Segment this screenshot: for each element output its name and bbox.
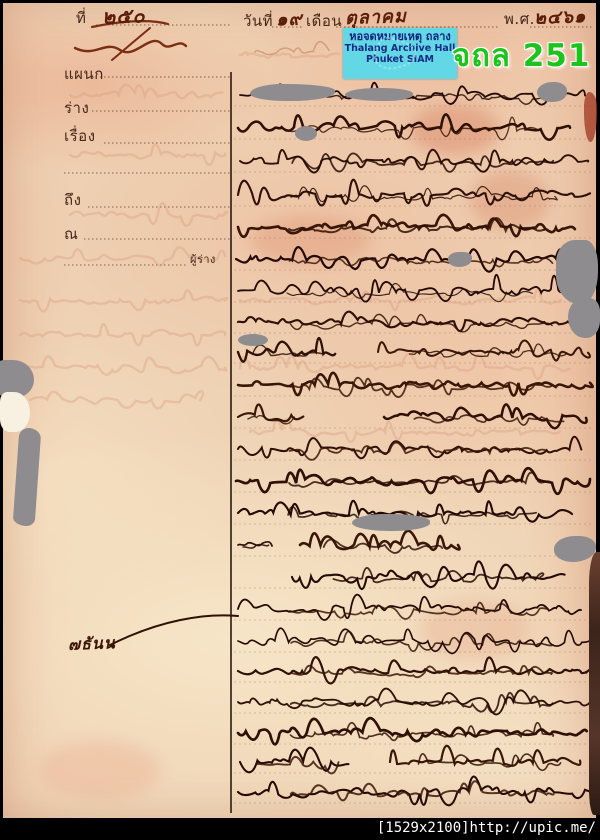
form-drafter-label: ผู้ร่าง [190,250,216,268]
form-at-label: ณ [64,222,78,246]
margin-note-handwritten: ๗ธันน [68,631,117,658]
no-label: ที่ [76,6,86,30]
form-section-label: แผนก [64,62,104,86]
torn-paper-edge [589,552,600,815]
era-value-handwritten: ๒๔๖๑ [534,1,587,32]
no-value-handwritten: ๒๕๐ [101,0,146,33]
scanned-document-frame: ที่ ๒๕๐ วันที่ ๑๙ เดือน ตุลาคม พ.ศ. ๒๔๖๑… [0,0,600,840]
image-host-caption: [1529x2100]http://upic.me/ [377,820,596,836]
date-value-handwritten: ๑๙ [276,4,304,34]
form-draft-label: ร่าง [64,96,89,120]
form-subject-label: เรื่อง [64,124,96,148]
archive-stamp: หอจดหมายเหตุ ถลาง Thalang Archive Hall P… [343,28,457,79]
date-label: วันที่ [243,9,273,33]
month-label: เดือน [306,9,342,33]
form-to-label: ถึง [64,188,81,212]
image-host-bar: [1529x2100]http://upic.me/ [0,818,600,840]
archive-code: จถล 251 [452,30,590,80]
phuket-island-map-icon [357,36,437,72]
era-label: พ.ศ. [504,7,535,31]
